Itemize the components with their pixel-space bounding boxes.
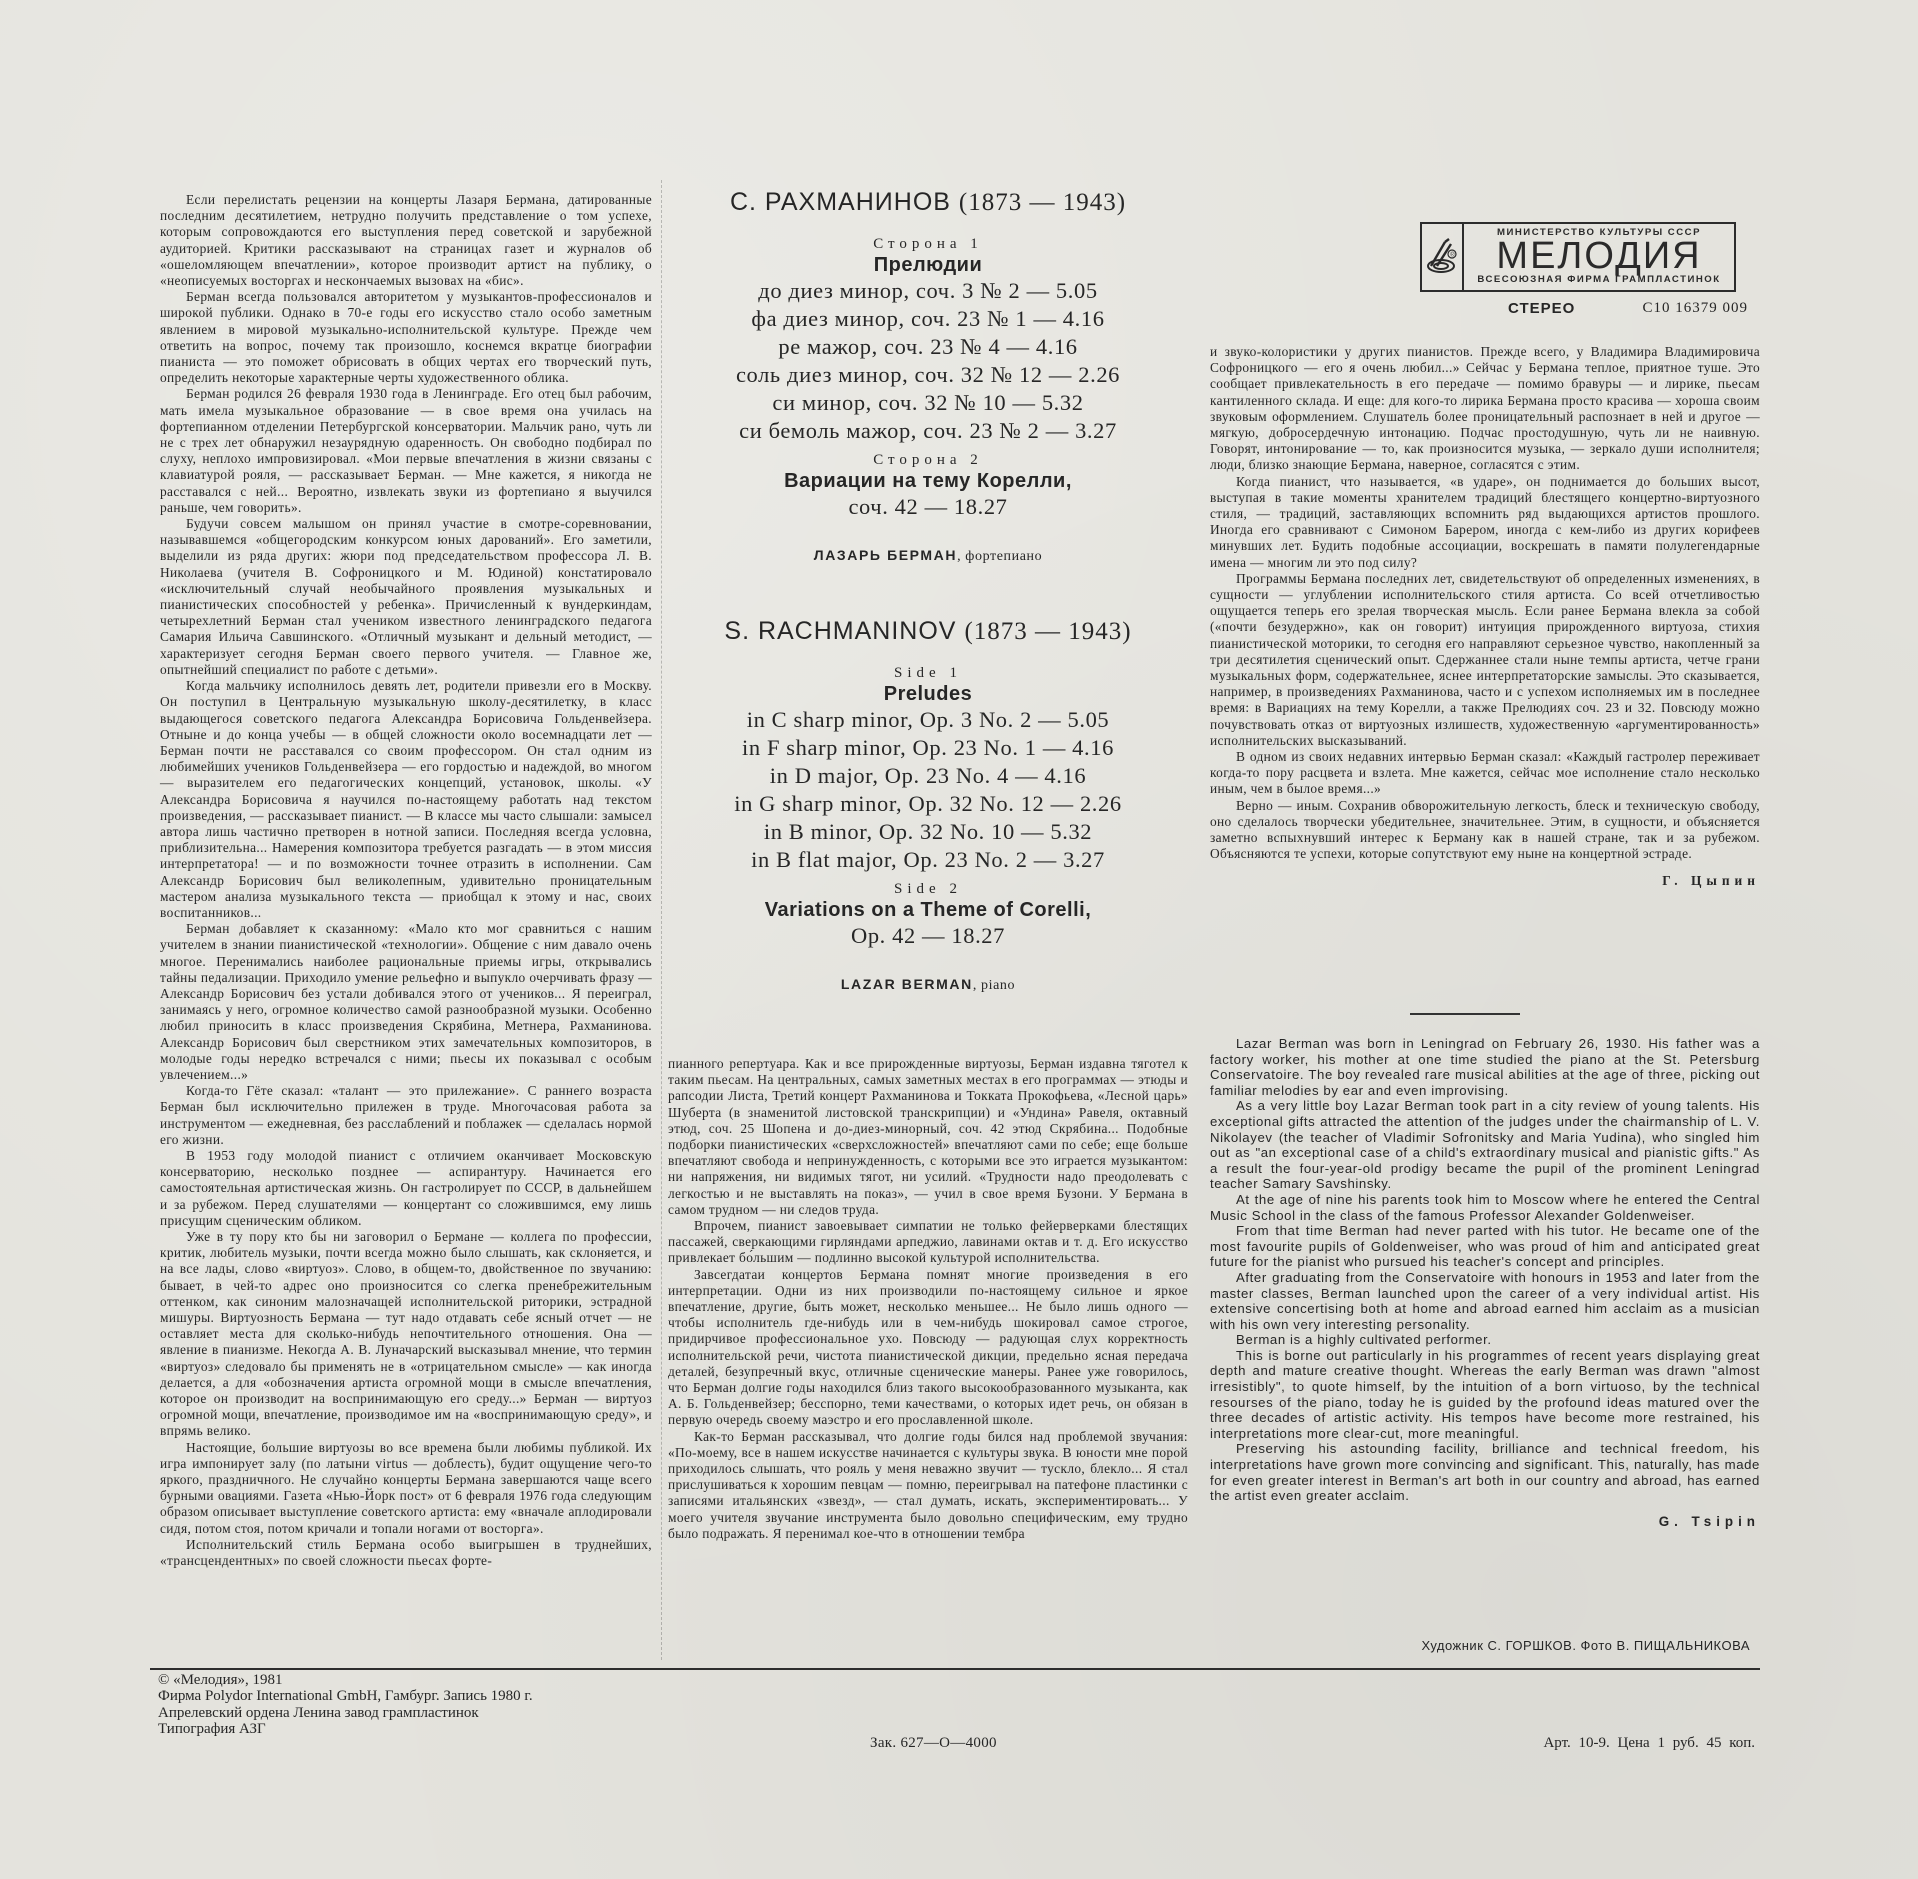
notes-paragraph: Когда-то Гёте сказал: «талант — это прил… [160,1083,652,1148]
composer-years-en: (1873 — 1943) [964,618,1131,645]
notes-paragraph-en: From that time Berman had never parted w… [1210,1223,1760,1270]
order-number: Зак. 627—О—4000 [870,1735,997,1752]
melodiya-emblem-icon: ® [1422,224,1464,290]
section-divider [1410,1013,1520,1015]
label-name: МЕЛОДИЯ [1464,238,1734,274]
record-sleeve-back: Если перелистать рецензии на концерты Ла… [0,0,1918,1879]
author-signature-en: G. Tsipin [1210,1514,1760,1530]
performer-name: ЛАЗАРЬ БЕРМАН [814,547,957,563]
composer-years: (1873 — 1943) [959,189,1126,216]
author-signature-ru: Г. Цыпин [1210,873,1760,889]
performer-credit-en: LAZAR BERMAN, piano [668,976,1188,994]
notes-paragraph: Когда мальчику исполнилось девять лет, р… [160,678,652,921]
liner-notes-russian-part-1: Если перелистать рецензии на концерты Ла… [160,192,652,1569]
footer-divider [150,1668,1760,1670]
side-2-track: соч. 42 — 18.27 [668,493,1188,521]
notes-paragraph: В 1953 году молодой пианист с отличием о… [160,1148,652,1229]
article-price: Арт. 10-9. Цена 1 руб. 45 коп. [1425,1735,1755,1752]
notes-paragraph: Берман всегда пользовался авторитетом у … [160,289,652,386]
side-1-title-en: Preludes [668,682,1188,706]
side-2-label: Сторона 2 [668,451,1188,469]
side-2-label-en: Side 2 [668,880,1188,898]
notes-paragraph: Верно — иным. Сохранив обворожительную л… [1210,798,1760,863]
notes-paragraph: Берман добавляет к сказанному: «Мало кто… [160,921,652,1083]
catalog-info: СТЕРЕО С10 16379 009 [1508,300,1748,317]
notes-paragraph: Впрочем, пианист завоевывает симпатии не… [668,1218,1188,1267]
track-item: си минор, соч. 32 № 10 — 5.32 [668,389,1188,417]
notes-paragraph: Будучи совсем малышом он принял участие … [160,516,652,678]
performer-name-en: LAZAR BERMAN [841,976,973,992]
side-1-track-list-en: in C sharp minor, Op. 3 No. 2 — 5.05in F… [668,706,1188,874]
tracklist: С. РАХМАНИНОВ (1873 — 1943) Сторона 1 Пр… [668,182,1188,994]
side-1-title: Прелюдии [668,253,1188,277]
track-item-en: in G sharp minor, Op. 32 No. 12 — 2.26 [668,790,1188,818]
notes-paragraph: пианного репертуара. Как и все прирожден… [668,1056,1188,1218]
performer-instrument: , фортепиано [957,549,1042,564]
notes-paragraph: Завсегдатаи концертов Бермана помнят мно… [668,1267,1188,1429]
notes-paragraph: Исполнительский стиль Бермана особо выиг… [160,1537,652,1569]
pressing-plant: Апрелевский ордена Ленина завод грамплас… [158,1705,533,1721]
notes-paragraph: и звуко-колористики у других пианистов. … [1210,344,1760,474]
track-item-en: in D major, Op. 23 No. 4 — 4.16 [668,762,1188,790]
side-1-label-en: Side 1 [668,664,1188,682]
notes-paragraph: Уже в ту пору кто бы ни заговорил о Берм… [160,1229,652,1440]
notes-paragraph-en: At the age of nine his parents took him … [1210,1192,1760,1223]
notes-paragraph-en: As a very little boy Lazar Berman took p… [1210,1098,1760,1192]
liner-notes-russian-part-3: и звуко-колористики у других пианистов. … [1210,344,1760,889]
track-item: до диез минор, соч. 3 № 2 — 5.05 [668,277,1188,305]
stereo-label: СТЕРЕО [1508,300,1575,317]
composer-heading-en: S. RACHMANINOV (1873 — 1943) [668,617,1188,646]
notes-paragraph: Как-то Берман рассказывал, что долгие го… [668,1429,1188,1542]
performer-credit: ЛАЗАРЬ БЕРМАН, фортепиано [668,547,1188,565]
composer-heading: С. РАХМАНИНОВ (1873 — 1943) [668,188,1188,217]
notes-paragraph: Настоящие, большие виртуозы во все време… [160,1440,652,1537]
notes-paragraph-en: After graduating from the Conservatoire … [1210,1270,1760,1332]
notes-paragraph: Если перелистать рецензии на концерты Ла… [160,192,652,289]
label-subtitle: ВСЕСОЮЗНАЯ ФИРМА ГРАМПЛАСТИНОК [1464,274,1734,285]
side-1-track-list: до диез минор, соч. 3 № 2 — 5.05фа диез … [668,277,1188,445]
performer-instrument-en: , piano [973,978,1015,993]
melodiya-logo: ® МИНИСТЕРСТВО КУЛЬТУРЫ СССР МЕЛОДИЯ ВСЕ… [1420,222,1736,292]
side-2-track-en: Op. 42 — 18.27 [668,922,1188,950]
notes-paragraph-en: This is borne out particularly in his pr… [1210,1348,1760,1442]
track-item-en: in B minor, Op. 32 No. 10 — 5.32 [668,818,1188,846]
license-info: Фирма Polydor International GmbH, Гамбур… [158,1688,533,1704]
track-item: фа диез минор, соч. 23 № 1 — 4.16 [668,305,1188,333]
catalog-number: С10 16379 009 [1642,300,1748,317]
track-item: соль диез минор, соч. 32 № 12 — 2.26 [668,361,1188,389]
tracklist-russian: С. РАХМАНИНОВ (1873 — 1943) Сторона 1 Пр… [668,188,1188,565]
side-2-title: Вариации на тему Корелли, [668,469,1188,493]
track-item-en: in F sharp minor, Op. 23 No. 1 — 4.16 [668,734,1188,762]
track-item: си бемоль мажор, соч. 23 № 2 — 3.27 [668,417,1188,445]
notes-paragraph-en: Berman is a highly cultivated performer. [1210,1332,1760,1348]
notes-paragraph: Когда пианист, что называется, «в ударе»… [1210,474,1760,571]
track-item: ре мажор, соч. 23 № 4 — 4.16 [668,333,1188,361]
liner-notes-russian-part-2: пианного репертуара. Как и все прирожден… [668,1056,1188,1542]
notes-paragraph-en: Lazar Berman was born in Leningrad on Fe… [1210,1036,1760,1098]
column-divider [661,180,662,1660]
notes-paragraph-en: Preserving his astounding facility, bril… [1210,1441,1760,1503]
side-1-label: Сторона 1 [668,235,1188,253]
liner-notes-english: Lazar Berman was born in Leningrad on Fe… [1210,1036,1760,1529]
tracklist-english: S. RACHMANINOV (1873 — 1943) Side 1 Prel… [668,617,1188,994]
side-2-title-en: Variations on a Theme of Corelli, [668,898,1188,922]
track-item-en: in B flat major, Op. 23 No. 2 — 3.27 [668,846,1188,874]
footer-publishing-info: © «Мелодия», 1981 Фирма Polydor Internat… [158,1672,533,1738]
label-wordmark: МИНИСТЕРСТВО КУЛЬТУРЫ СССР МЕЛОДИЯ ВСЕСО… [1464,224,1734,290]
notes-paragraph: Программы Бермана последних лет, свидете… [1210,571,1760,749]
notes-paragraph: В одном из своих недавних интервью Берма… [1210,749,1760,798]
printer: Типография АЗГ [158,1721,533,1737]
composer-name-en: S. RACHMANINOV [724,617,956,645]
track-item-en: in C sharp minor, Op. 3 No. 2 — 5.05 [668,706,1188,734]
composer-name: С. РАХМАНИНОВ [730,188,951,216]
registered-mark: ® [1450,252,1455,259]
copyright: © «Мелодия», 1981 [158,1672,533,1688]
notes-paragraph: Берман родился 26 февраля 1930 года в Ле… [160,386,652,516]
design-credits: Художник С. ГОРШКОВ. Фото В. ПИЩАЛЬНИКОВ… [1100,1638,1750,1653]
